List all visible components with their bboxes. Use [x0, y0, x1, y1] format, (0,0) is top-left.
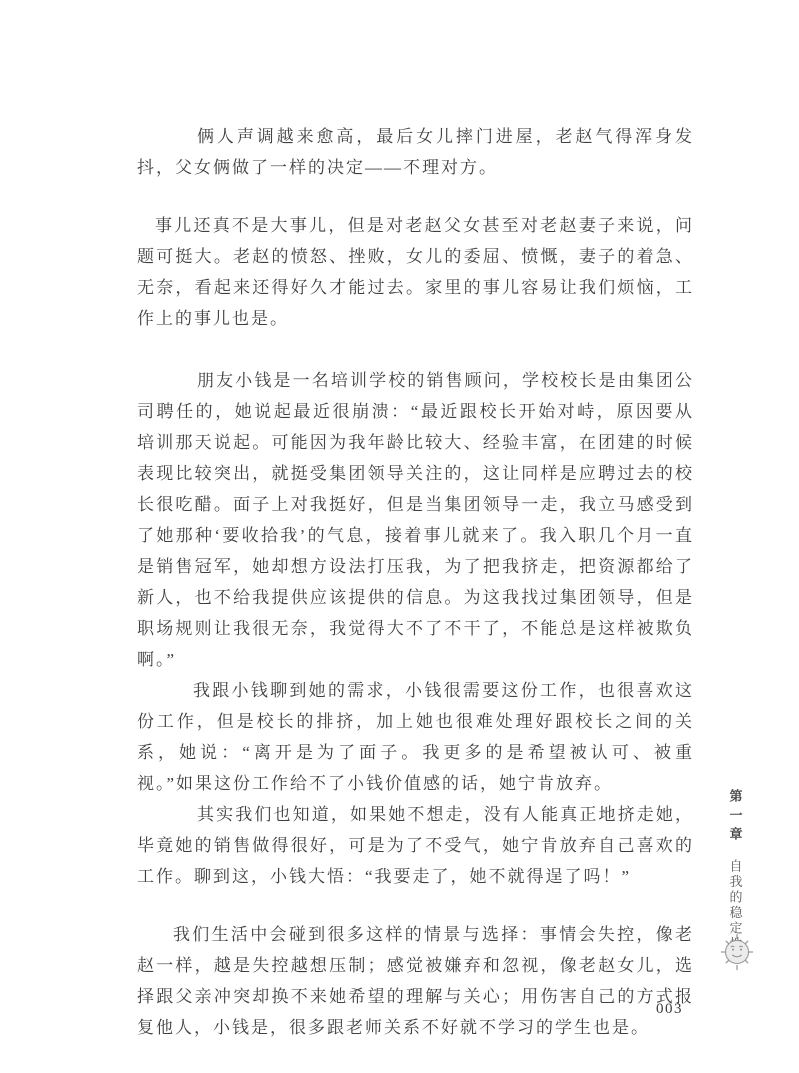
- smiling-sun-icon: [712, 925, 762, 979]
- body-paragraph: 我们生活中会碰到很多这样的情景与选择：事情会失控，像老赵一样，越是失控越想压制；…: [137, 919, 694, 1043]
- body-paragraph: 事儿还真不是大事儿，但是对老赵父女甚至对老赵妻子来说，问题可挺大。老赵的愤怒、挫…: [137, 210, 694, 334]
- book-page: 俩人声调越来愈高，最后女儿摔门进屋，老赵气得浑身发抖，父女俩做了一样的决定——不…: [0, 0, 799, 1073]
- page-number: 003: [656, 1001, 683, 1018]
- body-text-column: 俩人声调越来愈高，最后女儿摔门进屋，老赵气得浑身发抖，父女俩做了一样的决定——不…: [137, 121, 694, 1043]
- chapter-number-label: 第一章: [726, 789, 745, 846]
- body-paragraph: 我跟小钱聊到她的需求，小钱很需要这份工作，也很喜欢这份工作，但是校长的排挤，加上…: [137, 675, 694, 799]
- body-paragraph: 其实我们也知道，如果她不想走，没有人能真正地挤走她，毕竟她的销售做得很好，可是为…: [137, 799, 694, 892]
- body-paragraph: 朋友小钱是一名培训学校的销售顾问，学校校长是由集团公司聘任的，她说起最近很崩溃：…: [137, 365, 694, 675]
- body-paragraph: 俩人声调越来愈高，最后女儿摔门进屋，老赵气得浑身发抖，父女俩做了一样的决定——不…: [137, 121, 694, 183]
